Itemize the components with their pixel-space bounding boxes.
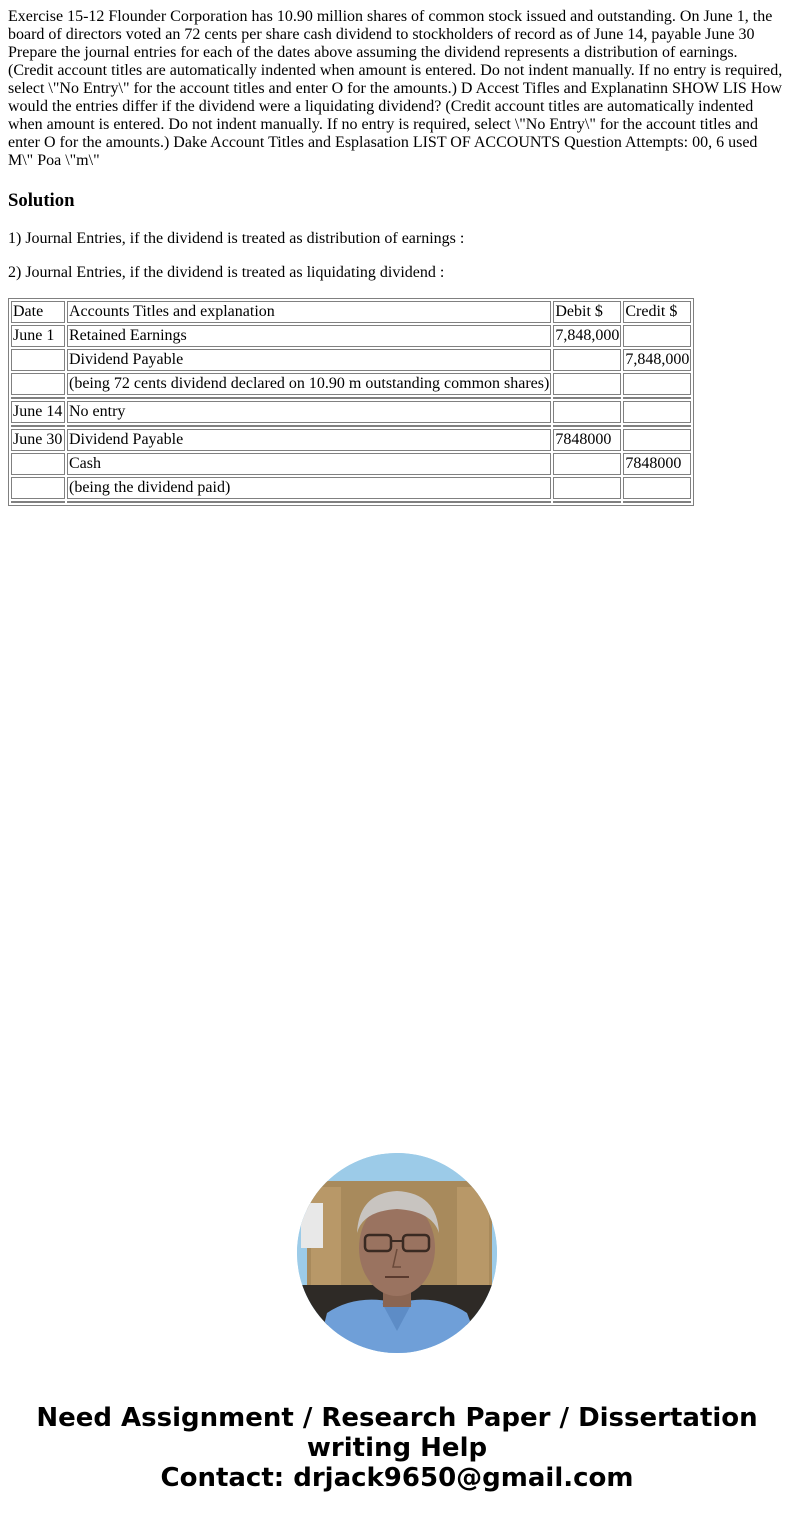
table-header-row: Date Accounts Titles and explanation Deb… [11, 301, 691, 323]
solution-part-1: 1) Journal Entries, if the dividend is t… [8, 230, 786, 248]
question-text: Exercise 15-12 Flounder Corporation has … [8, 8, 786, 170]
promo-banner: Need Assignment / Research Paper / Disse… [0, 1403, 794, 1493]
row-credit: 7848000 [623, 453, 691, 475]
spacer-cell [623, 501, 691, 503]
journal-entries-table: Date Accounts Titles and explanation Deb… [8, 298, 694, 506]
row-account: (being the dividend paid) [67, 477, 551, 499]
row-credit [623, 429, 691, 451]
solution-part-2: 2) Journal Entries, if the dividend is t… [8, 264, 786, 282]
row-account: Cash [67, 453, 551, 475]
header-date: Date [11, 301, 65, 323]
row-date: June 30 [11, 429, 65, 451]
spacer-cell [553, 397, 621, 399]
row-date [11, 373, 65, 395]
header-account: Accounts Titles and explanation [67, 301, 551, 323]
table-row: Cash 7848000 [11, 453, 691, 475]
row-debit [553, 477, 621, 499]
row-credit: 7,848,000 [623, 349, 691, 371]
promo-contact: Contact: drjack9650@gmail.com [0, 1463, 794, 1493]
person-portrait-icon [297, 1153, 497, 1353]
author-avatar [297, 1153, 497, 1353]
row-date [11, 349, 65, 371]
table-row: (being 72 cents dividend declared on 10.… [11, 373, 691, 395]
row-debit [553, 401, 621, 423]
row-credit [623, 477, 691, 499]
promo-line-1: Need Assignment / Research Paper / Disse… [0, 1403, 794, 1433]
row-credit [623, 373, 691, 395]
spacer-cell [67, 501, 551, 503]
row-account: Retained Earnings [67, 325, 551, 347]
row-debit [553, 349, 621, 371]
row-credit [623, 401, 691, 423]
row-date: June 14 [11, 401, 65, 423]
row-credit [623, 325, 691, 347]
spacer-cell [553, 425, 621, 427]
row-account: (being 72 cents dividend declared on 10.… [67, 373, 551, 395]
table-row: (being the dividend paid) [11, 477, 691, 499]
row-debit: 7848000 [553, 429, 621, 451]
spacer-cell [67, 397, 551, 399]
spacer-cell [623, 397, 691, 399]
spacer-cell [11, 425, 65, 427]
row-debit [553, 373, 621, 395]
row-date [11, 453, 65, 475]
table-spacer-row [11, 397, 691, 399]
spacer-cell [67, 425, 551, 427]
table-spacer-row [11, 425, 691, 427]
spacer-cell [11, 397, 65, 399]
spacer-cell [623, 425, 691, 427]
header-debit: Debit $ [553, 301, 621, 323]
table-row: June 1 Retained Earnings 7,848,000 [11, 325, 691, 347]
row-date [11, 477, 65, 499]
row-debit: 7,848,000 [553, 325, 621, 347]
page-content: Exercise 15-12 Flounder Corporation has … [0, 0, 794, 506]
row-account: Dividend Payable [67, 429, 551, 451]
row-account: Dividend Payable [67, 349, 551, 371]
table-row: June 14 No entry [11, 401, 691, 423]
table-row: June 30 Dividend Payable 7848000 [11, 429, 691, 451]
promo-line-2: writing Help [0, 1433, 794, 1463]
header-credit: Credit $ [623, 301, 691, 323]
solution-heading: Solution [8, 190, 786, 212]
table-row: Dividend Payable 7,848,000 [11, 349, 691, 371]
spacer-cell [11, 501, 65, 503]
table-spacer-row [11, 501, 691, 503]
row-debit [553, 453, 621, 475]
row-account: No entry [67, 401, 551, 423]
row-date: June 1 [11, 325, 65, 347]
spacer-cell [553, 501, 621, 503]
